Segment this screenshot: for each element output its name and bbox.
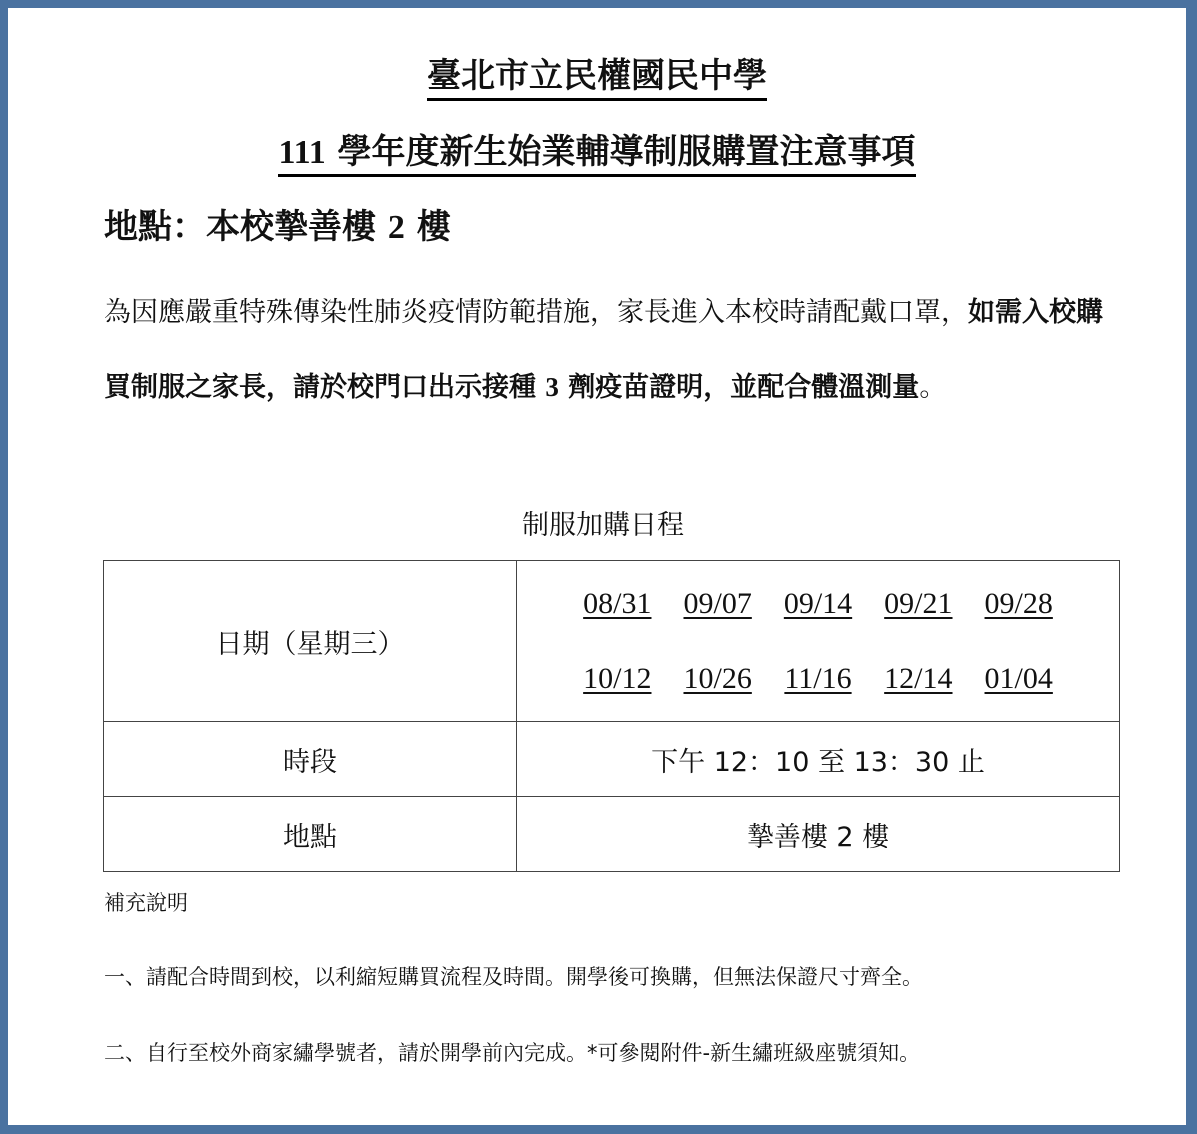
note-item-2: 二、自行至校外商家繡學號者，請於開學前內完成。*可參閱附件-新生繡班級座號須知。 [104,1038,920,1068]
date-item: 12/14 [884,656,952,701]
document-page: 臺北市立民權國民中學 111 學年度新生始業輔導制服購置注意事項 地點：本校摯善… [8,8,1186,1125]
date-item: 10/26 [683,656,751,701]
date-item: 08/31 [583,581,651,626]
time-value: 下午 12：10 至 13：30 止 [517,722,1120,797]
date-item: 09/07 [683,581,751,626]
date-item: 11/16 [784,656,852,701]
notice-paragraph: 為因應嚴重特殊傳染性肺炎疫情防範措施，家長進入本校時請配戴口罩，如需入校購買制服… [104,276,1114,425]
time-label: 時段 [104,722,517,797]
table-row-dates: 日期（星期三） 08/31 09/07 09/14 09/21 09/28 10… [104,561,1120,722]
date-item: 09/28 [985,581,1053,626]
date-item: 09/14 [784,581,852,626]
location-floor-number: 2 [388,209,405,246]
notes-heading: 補充說明 [104,888,188,918]
dates-cell: 08/31 09/07 09/14 09/21 09/28 10/12 10/2… [517,561,1120,722]
notice-normal-text: 為因應嚴重特殊傳染性肺炎疫情防範措施，家長進入本校時請配戴口罩， [104,297,968,328]
schedule-table: 日期（星期三） 08/31 09/07 09/14 09/21 09/28 10… [103,560,1120,872]
notice-end: 。 [919,372,946,403]
place-value: 摯善樓 2 樓 [517,797,1120,872]
document-title: 111 學年度新生始業輔導制服購置注意事項 [8,130,1186,175]
school-name-text: 臺北市立民權國民中學 [427,56,767,101]
table-row-time: 時段 下午 12：10 至 13：30 止 [104,722,1120,797]
date-item: 09/21 [884,581,952,626]
dates-grid: 08/31 09/07 09/14 09/21 09/28 10/12 10/2… [517,561,1119,721]
place-label: 地點 [104,797,517,872]
location-heading: 地點：本校摯善樓 2 樓 [104,204,451,251]
dates-label: 日期（星期三） [104,561,517,722]
document-title-text: 111 學年度新生始業輔導制服購置注意事項 [278,132,915,177]
location-label: 地點：本校摯善樓 [104,207,376,247]
note-item-1: 一、請配合時間到校，以利縮短購買流程及時間。開學後可換購，但無法保證尺寸齊全。 [104,962,923,992]
schedule-title: 制服加購日程 [8,506,1186,546]
notice-bold-part2: 劑疫苗證明，並配合體溫測量 [568,372,919,403]
title-year: 111 [278,134,325,171]
notice-dose-number: 3 [545,372,559,402]
date-item: 01/04 [985,656,1053,701]
title-rest: 學年度新生始業輔導制服購置注意事項 [338,132,916,172]
table-row-place: 地點 摯善樓 2 樓 [104,797,1120,872]
school-name-title: 臺北市立民權國民中學 [8,54,1186,98]
location-floor-unit: 樓 [417,207,451,247]
date-item: 10/12 [583,656,651,701]
